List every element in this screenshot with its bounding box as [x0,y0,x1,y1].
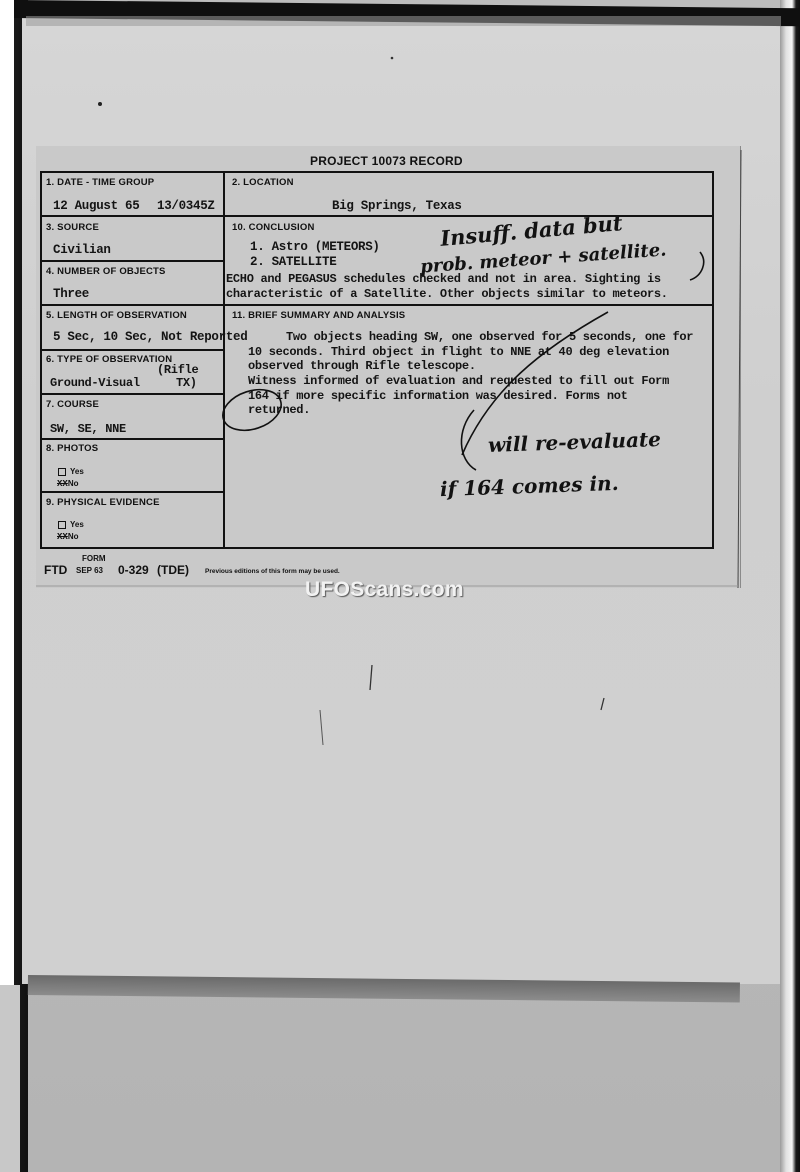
pen-paren-stroke [690,252,704,280]
footer-form-number: 0-329 [118,563,149,577]
pen-circle-stroke [218,383,287,438]
scan-scratch [320,710,323,745]
scan-speck [98,102,102,106]
footer-form-suffix: (TDE) [157,563,189,577]
scan-scratch [601,698,604,710]
scan-scratch [370,665,372,690]
footer-form-prefix: FTD [44,563,67,577]
footer-form-word: FORM [82,554,106,563]
watermark: UFOScans.com [305,578,464,602]
footer-form-date: SEP 63 [76,566,103,575]
footer-editions-note: Previous editions of this form may be us… [205,568,340,575]
scan-speck [391,57,394,60]
pen-slash-stroke [462,312,608,455]
paper-edge-line [738,150,741,588]
